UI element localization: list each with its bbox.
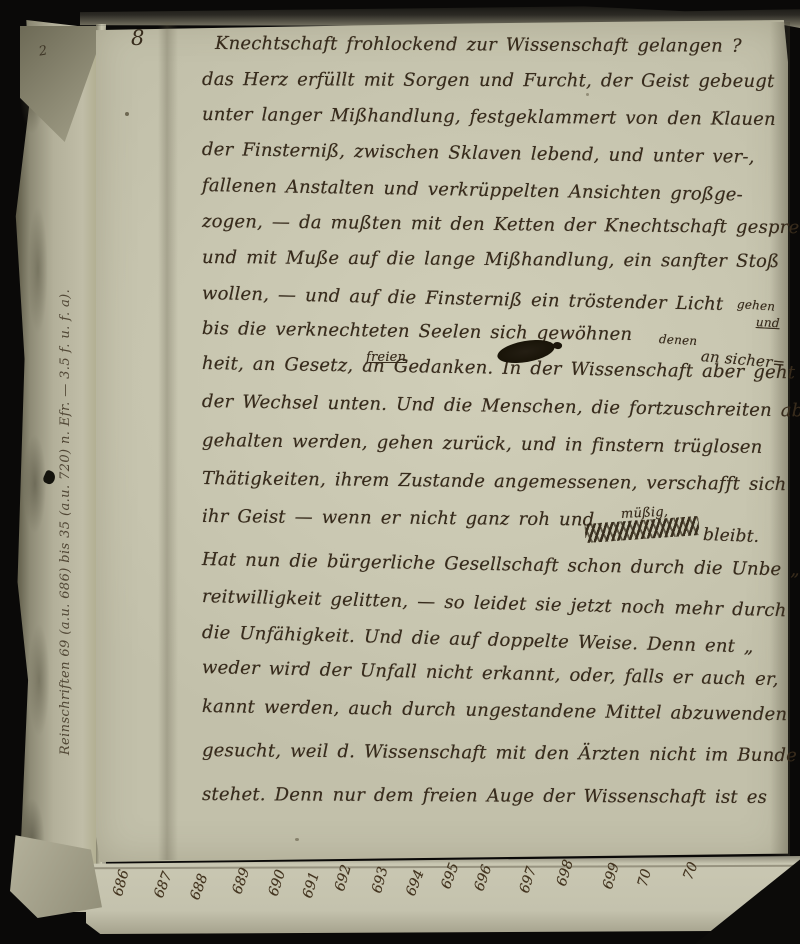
paper-speck bbox=[586, 93, 589, 96]
manuscript-line: Knechtschaft frohlockend zur Wissenschaf… bbox=[215, 33, 742, 57]
insertion-above-line10: freien bbox=[366, 350, 406, 365]
leaf-number: 8 bbox=[131, 26, 144, 50]
manuscript-line: und mit Muße auf die lange Mißhandlung, … bbox=[202, 247, 779, 272]
manuscript-line: das Herz erfüllt mit Sorgen und Furcht, … bbox=[202, 69, 775, 92]
paper-speck bbox=[295, 838, 299, 841]
manuscript-line: ihr Geist — wenn er nicht ganz roh und bbox=[202, 506, 595, 530]
insertion-above-line8: gehen bbox=[737, 297, 776, 314]
gutter-crease bbox=[158, 22, 178, 860]
paper-speck bbox=[125, 112, 129, 116]
page-right-edge-shade bbox=[770, 22, 790, 860]
manuscript-line: stehet. Denn nur dem freien Auge der Wis… bbox=[202, 784, 767, 808]
manuscript-scan: 8 2 Reinschriften 69 (a.u. 686) bis 35 (… bbox=[0, 0, 800, 944]
insertion-above-line9: denen bbox=[659, 332, 698, 348]
insertion-margin-line8: und bbox=[756, 315, 780, 330]
line14-after-strike-word: bleibt. bbox=[703, 525, 760, 547]
margin-annotation: Reinschriften 69 (a.u. 686) bis 35 (a.u.… bbox=[58, 200, 78, 844]
